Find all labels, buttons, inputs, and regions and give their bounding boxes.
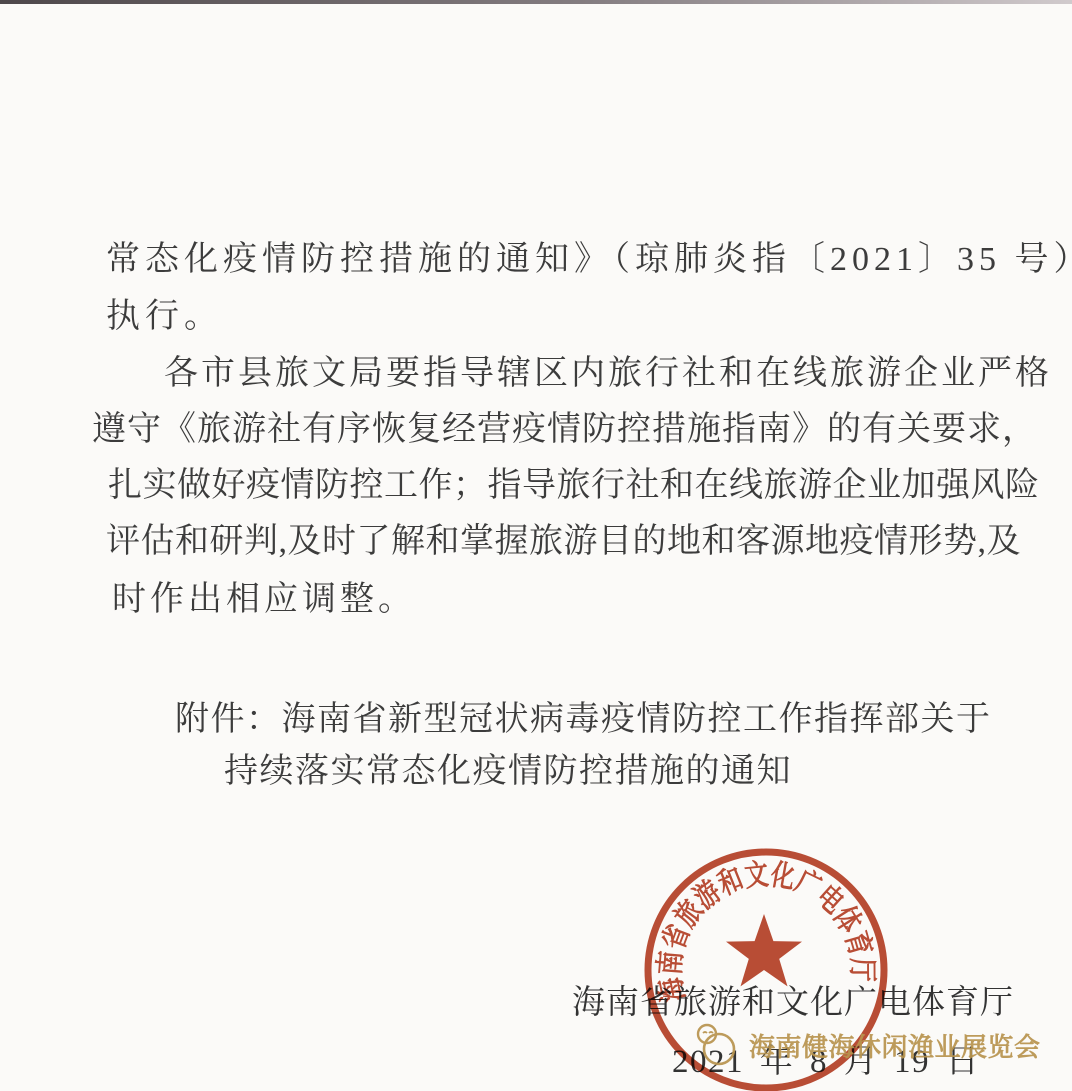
signature-line: 海南省旅游和文化广电体育厅 [572,985,1014,1023]
document-page: 常态化疫情防控措施的通知》（琼肺炎指〔2021〕35 号）规定 执行。 各市县旅… [0,0,1072,1091]
body-line-6: 评估和研判,及时了解和掌握旅游目的地和客源地疫情形势,及 [106,522,1021,561]
watermark-text: 海南健海休闲渔业展览会 [749,1027,1041,1064]
attachment-line-1: 附件：海南省新型冠状病毒疫情防控工作指挥部关于 [175,700,992,739]
attachment-line-2: 持续落实常态化疫情防控措施的通知 [224,752,792,791]
expo-logo-icon [692,1020,744,1070]
body-line-3: 各市县旅文局要指导辖区内旅行社和在线旅游企业严格 [164,354,1052,393]
body-line-1: 常态化疫情防控措施的通知》（琼肺炎指〔2021〕35 号）规定 [106,240,1072,279]
watermark: 海南健海休闲渔业展览会 [692,1020,1041,1070]
seal-arc-text: 海南省旅游和文化广电体育厅 [654,858,879,1004]
body-line-7: 时作出相应调整。 [112,580,416,619]
body-line-4: 遵守《旅游社有序恢复经营疫情防控措施指南》的有关要求， [92,410,1037,449]
body-line-5: 扎实做好疫情防控工作；指导旅行社和在线旅游企业加强风险 [108,466,1040,505]
body-line-2: 执行。 [106,297,223,336]
red-star-icon [726,914,802,986]
scan-edge-artifact [0,0,1072,4]
